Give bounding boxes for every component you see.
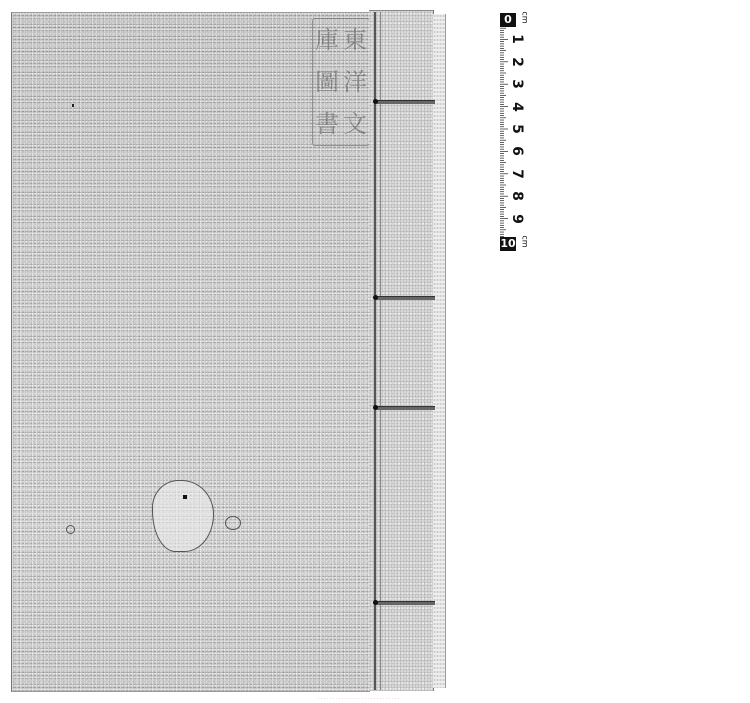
water-stain xyxy=(152,480,214,552)
binding-stitch xyxy=(375,406,435,410)
seal-glyph: 書 xyxy=(313,103,341,145)
ruler-number: 9 xyxy=(509,211,525,227)
binding-stitch xyxy=(375,100,435,104)
ruler-number: 6 xyxy=(509,143,525,159)
ruler-number: 8 xyxy=(509,188,525,204)
ruler-number: 4 xyxy=(509,99,525,115)
water-stain-lobe xyxy=(225,516,241,530)
page-edges xyxy=(433,14,446,688)
ruler-number: 2 xyxy=(509,54,525,70)
seal-glyph: 文 xyxy=(341,103,369,145)
ink-spot xyxy=(183,495,187,499)
ruler-number: 1 xyxy=(509,31,525,47)
binding-thread xyxy=(380,12,381,690)
ruler-number: 7 xyxy=(509,166,525,182)
binding-stitch xyxy=(375,601,435,605)
measurement-ruler: 0cm12345678910cm xyxy=(500,13,528,245)
collector-seal-stamp: 庫 東 圖 洋 書 文 xyxy=(312,18,370,146)
ruler-ticks xyxy=(500,13,508,245)
seal-glyph: 庫 xyxy=(313,19,341,61)
binding-thread xyxy=(374,12,376,690)
seal-glyph: 洋 xyxy=(341,61,369,103)
ruler-unit-label: cm xyxy=(521,11,530,23)
binding-stitch xyxy=(375,296,435,300)
small-stain xyxy=(66,525,75,534)
ruler-number: 3 xyxy=(509,76,525,92)
ink-speck xyxy=(72,104,74,107)
ruler-end-label: 0 xyxy=(500,13,516,27)
book-spine xyxy=(369,10,434,691)
scanned-page: 庫 東 圖 洋 書 文 0cm12345678910cm · · · · · ·… xyxy=(0,0,750,703)
ruler-end-label: 10 xyxy=(500,237,516,251)
ruler-unit-label: cm xyxy=(521,235,530,247)
ruler-number: 5 xyxy=(509,121,525,137)
seal-glyph: 圖 xyxy=(313,61,341,103)
seal-glyph: 東 xyxy=(341,19,369,61)
footer-watermark: · · · · · · · · · · · · · · · · · · · · … xyxy=(318,695,458,703)
